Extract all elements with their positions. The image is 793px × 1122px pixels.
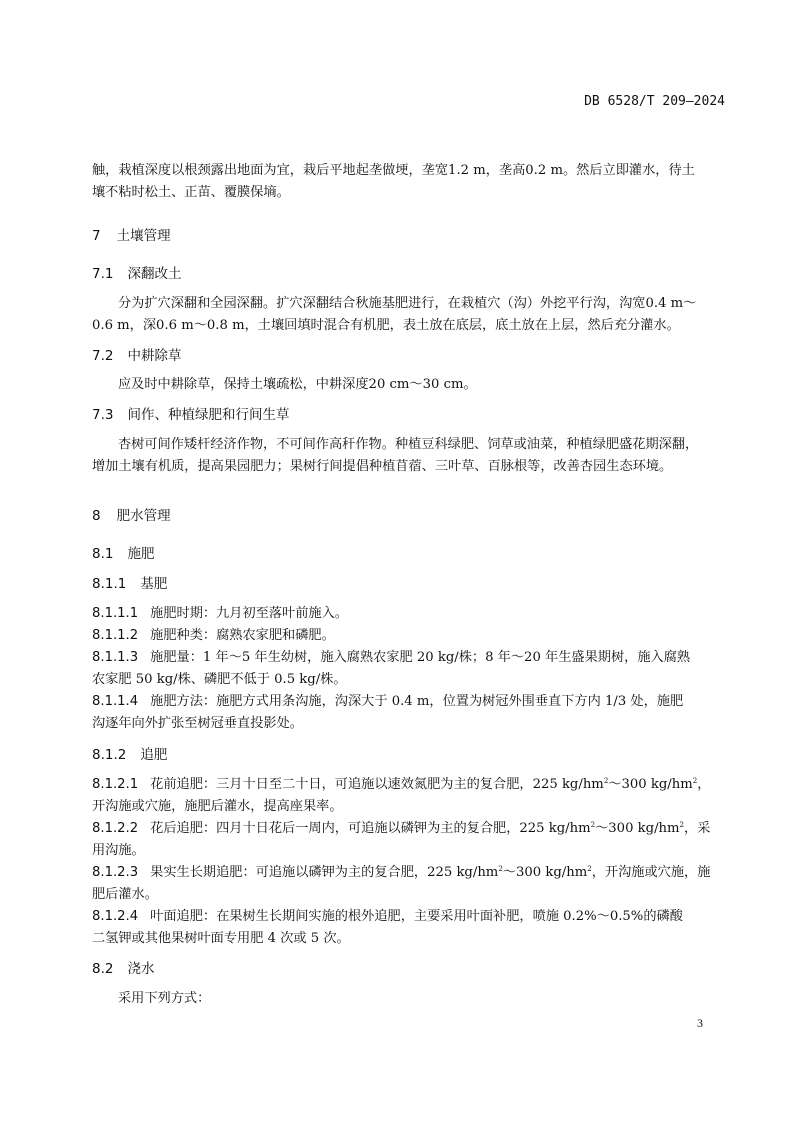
section-heading-8-1: 8.1施肥: [92, 545, 154, 563]
clause-number: 8.1.2.4: [92, 909, 138, 924]
section-heading-8-1-2: 8.1.2追肥: [92, 746, 167, 764]
section-number: 8.2: [92, 960, 113, 978]
section-title: 深翻改土: [127, 266, 181, 282]
section-title: 追肥: [140, 747, 167, 763]
paragraph-line: 壤不粘时松土、正苗、覆膜保墒。: [92, 184, 290, 202]
paragraph-line: 应及时中耕除草，保持土壤疏松，中耕深度20 cm～30 cm。: [118, 376, 477, 394]
section-title: 浇水: [127, 961, 154, 977]
paragraph-line: 采用下列方式：: [118, 990, 210, 1008]
section-heading-8-1-1: 8.1.1基肥: [92, 575, 167, 593]
section-heading-7-2: 7.2中耕除草: [92, 347, 181, 365]
clause-text: ，采: [684, 821, 710, 836]
section-number: 7: [92, 227, 101, 245]
clause-text: 施肥方法：施肥方式用条沟施，沟深大于 0.4 m，位置为树冠外围垂直下方内 1/…: [150, 694, 683, 709]
clause-text: ，: [697, 777, 710, 792]
section-heading-7: 7土壤管理: [92, 227, 171, 245]
section-title: 基肥: [140, 576, 167, 592]
clause-8-1-1-3: 8.1.1.3施肥量：1 年～5 年生幼树，施入腐熟农家肥 20 kg/株；8 …: [92, 649, 690, 667]
section-title: 施肥: [127, 546, 154, 562]
clause-number: 8.1.2.3: [92, 865, 138, 880]
clause-8-1-1-2: 8.1.1.2施肥种类：腐熟农家肥和磷肥。: [92, 627, 335, 645]
section-number: 7.1: [92, 265, 113, 283]
clause-text: 施肥种类：腐熟农家肥和磷肥。: [150, 628, 335, 643]
clause-text: 花前追肥：三月十日至二十日，可追施以速效氮肥为主的复合肥，225 kg/hm: [150, 777, 604, 792]
section-heading-7-3: 7.3间作、种植绿肥和行间生草: [92, 406, 289, 424]
section-heading-7-1: 7.1深翻改土: [92, 265, 181, 283]
section-title: 中耕除草: [127, 348, 181, 364]
clause-number: 8.1.1.3: [92, 650, 138, 665]
clause-text: 施肥时期：九月初至落叶前施入。: [150, 606, 348, 621]
section-title: 肥水管理: [117, 508, 171, 524]
page-number: 3: [697, 1016, 703, 1031]
clause-text: ～300 kg/hm: [595, 821, 679, 836]
section-heading-8-2: 8.2浇水: [92, 960, 154, 978]
paragraph-line: 增加土壤有机质，提高果园肥力；果树行间提倡种植苜蓿、三叶草、百脉根等，改善杏园生…: [92, 458, 672, 476]
document-page: DB 6528/T 209—2024 触，栽植深度以根颈露出地面为宜，栽后平地起…: [0, 0, 793, 1122]
clause-number: 8.1.1.2: [92, 628, 138, 643]
clause-number: 8.1.1.4: [92, 694, 138, 709]
clause-continuation: 二氢钾或其他果树叶面专用肥 4 次或 5 次。: [92, 930, 350, 948]
paragraph-line: 分为扩穴深翻和全园深翻。扩穴深翻结合秋施基肥进行，在栽植穴（沟）外挖平行沟，沟宽…: [118, 295, 696, 313]
clause-8-1-1-4: 8.1.1.4施肥方法：施肥方式用条沟施，沟深大于 0.4 m，位置为树冠外围垂…: [92, 693, 683, 711]
section-number: 8.1.1: [92, 575, 126, 593]
clause-text: 施肥量：1 年～5 年生幼树，施入腐熟农家肥 20 kg/株；8 年～20 年生…: [150, 650, 690, 665]
clause-number: 8.1.1.1: [92, 606, 138, 621]
clause-text: ，开沟施或穴施，施: [592, 865, 711, 880]
clause-text: ～300 kg/hm: [503, 865, 587, 880]
section-number: 8.1: [92, 545, 113, 563]
clause-continuation: 肥后灌水。: [92, 886, 158, 904]
clause-text: 叶面追肥：在果树生长期间实施的根外追肥，主要采用叶面补肥，喷施 0.2%～0.5…: [150, 909, 683, 924]
clause-8-1-2-3: 8.1.2.3果实生长期追肥：可追施以磷钾为主的复合肥，225 kg/hm2～3…: [92, 864, 710, 882]
clause-8-1-2-4: 8.1.2.4叶面追肥：在果树生长期间实施的根外追肥，主要采用叶面补肥，喷施 0…: [92, 908, 683, 926]
clause-text: 果实生长期追肥：可追施以磷钾为主的复合肥，225 kg/hm: [150, 865, 498, 880]
clause-text: 花后追肥：四月十日花后一周内，可追施以磷钾为主的复合肥，225 kg/hm: [150, 821, 591, 836]
paragraph-line: 触，栽植深度以根颈露出地面为宜，栽后平地起垄做埂，垄宽1.2 m，垄高0.2 m…: [92, 162, 695, 180]
paragraph-line: 杏树可间作矮杆经济作物，不可间作高秆作物。种植豆科绿肥、饲草或油菜，种植绿肥盛花…: [118, 436, 698, 454]
clause-number: 8.1.2.2: [92, 821, 138, 836]
paragraph-line: 0.6 m，深0.6 m～0.8 m，土壤回填时混合有机肥，表土放在底层，底土放…: [92, 317, 680, 335]
section-title: 土壤管理: [117, 228, 171, 244]
clause-8-1-1-1: 8.1.1.1施肥时期：九月初至落叶前施入。: [92, 605, 348, 623]
clause-text: ～300 kg/hm: [608, 777, 692, 792]
clause-continuation: 用沟施。: [92, 842, 145, 860]
section-number: 8.1.2: [92, 746, 126, 764]
document-id-header: DB 6528/T 209—2024: [584, 94, 725, 109]
clause-8-1-2-1: 8.1.2.1花前追肥：三月十日至二十日，可追施以速效氮肥为主的复合肥，225 …: [92, 776, 710, 794]
clause-continuation: 农家肥 50 kg/株、磷肥不低于 0.5 kg/株。: [92, 671, 347, 689]
clause-8-1-2-2: 8.1.2.2花后追肥：四月十日花后一周内，可追施以磷钾为主的复合肥，225 k…: [92, 820, 710, 838]
clause-continuation: 开沟施或穴施，施肥后灌水，提高座果率。: [92, 798, 343, 816]
clause-continuation: 沟逐年向外扩张至树冠垂直投影处。: [92, 715, 303, 733]
section-number: 8: [92, 507, 101, 525]
section-number: 7.2: [92, 347, 113, 365]
section-title: 间作、种植绿肥和行间生草: [127, 407, 289, 423]
section-number: 7.3: [92, 406, 113, 424]
clause-number: 8.1.2.1: [92, 777, 138, 792]
section-heading-8: 8肥水管理: [92, 507, 171, 525]
